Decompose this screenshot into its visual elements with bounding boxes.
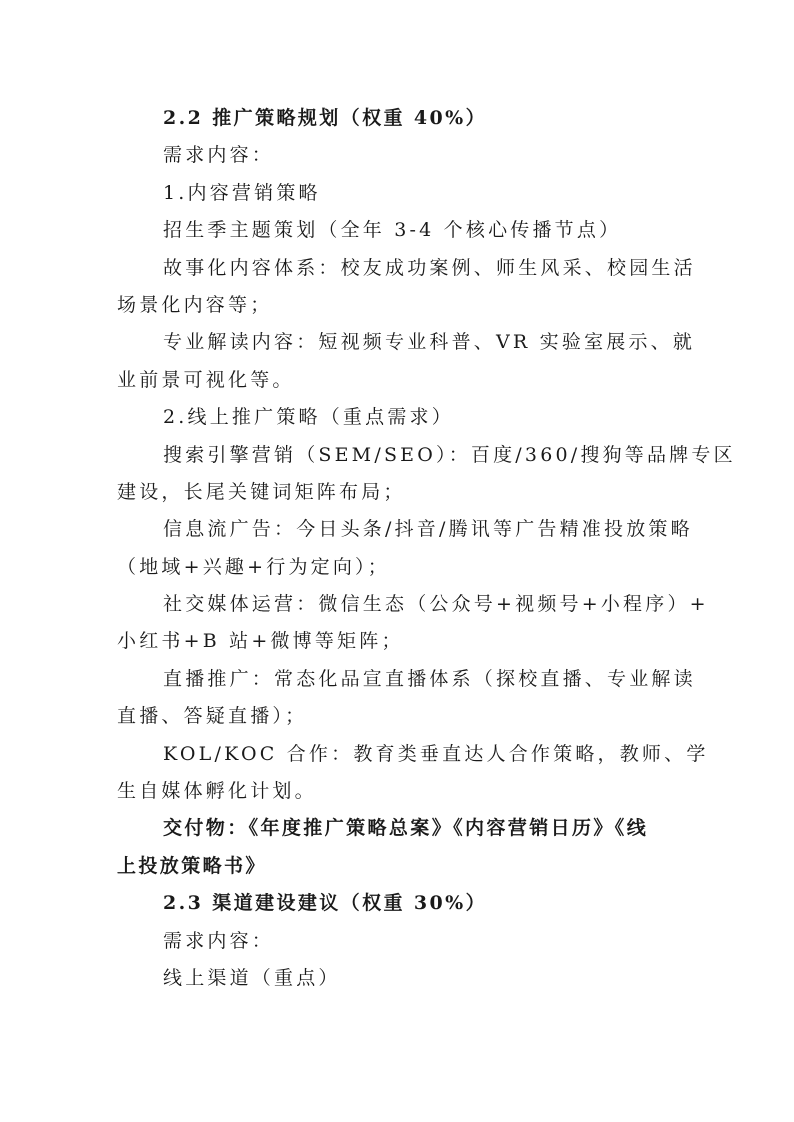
subheading-online-promotion: 2.线上推广策略（重点需求） <box>117 399 673 436</box>
paragraph-storytelling-line2: 场景化内容等； <box>117 287 673 324</box>
paragraph-social-media-line1: 社交媒体运营：微信生态（公众号+视频号+小程序）+ <box>117 586 673 623</box>
section-heading-2-2: 2.2 推广策略规划（权重 40%） <box>117 100 673 137</box>
paragraph-feed-ads-line2: （地域+兴趣+行为定向）； <box>117 549 673 586</box>
paragraph-live-streaming-line1: 直播推广：常态化品宣直播体系（探校直播、专业解读 <box>117 661 673 698</box>
paragraph-kol-line2: 生自媒体孵化计划。 <box>117 773 673 810</box>
paragraph-live-streaming-line2: 直播、答疑直播）； <box>117 698 673 735</box>
requirements-label-2: 需求内容： <box>117 923 673 960</box>
paragraph-professional-line1: 专业解读内容：短视频专业科普、VR 实验室展示、就 <box>117 324 673 361</box>
deliverables-line1: 交付物：《年度推广策略总案》《内容营销日历》《线 <box>117 810 673 847</box>
paragraph-storytelling-line1: 故事化内容体系：校友成功案例、师生风采、校园生活 <box>117 250 673 287</box>
paragraph-sem-line1: 搜索引擎营销（SEM/SEO）：百度/360/搜狗等品牌专区 <box>117 437 673 474</box>
subheading-content-marketing: 1.内容营销策略 <box>117 175 673 212</box>
deliverables-line2: 上投放策略书》 <box>117 848 673 885</box>
paragraph-social-media-line2: 小红书+B 站+微博等矩阵； <box>117 623 673 660</box>
paragraph-kol-line1: KOL/KOC 合作：教育类垂直达人合作策略，教师、学 <box>117 736 673 773</box>
paragraph-sem-line2: 建设，长尾关键词矩阵布局； <box>117 474 673 511</box>
requirements-label: 需求内容： <box>117 137 673 174</box>
paragraph-professional-line2: 业前景可视化等。 <box>117 362 673 399</box>
paragraph-feed-ads-line1: 信息流广告：今日头条/抖音/腾讯等广告精准投放策略 <box>117 511 673 548</box>
section-heading-2-3: 2.3 渠道建设建议（权重 30%） <box>117 885 673 922</box>
document-page: 2.2 推广策略规划（权重 40%） 需求内容： 1.内容营销策略 招生季主题策… <box>117 100 673 997</box>
paragraph-enrollment-theme: 招生季主题策划（全年 3-4 个核心传播节点） <box>117 212 673 249</box>
subheading-online-channels: 线上渠道（重点） <box>117 960 673 997</box>
